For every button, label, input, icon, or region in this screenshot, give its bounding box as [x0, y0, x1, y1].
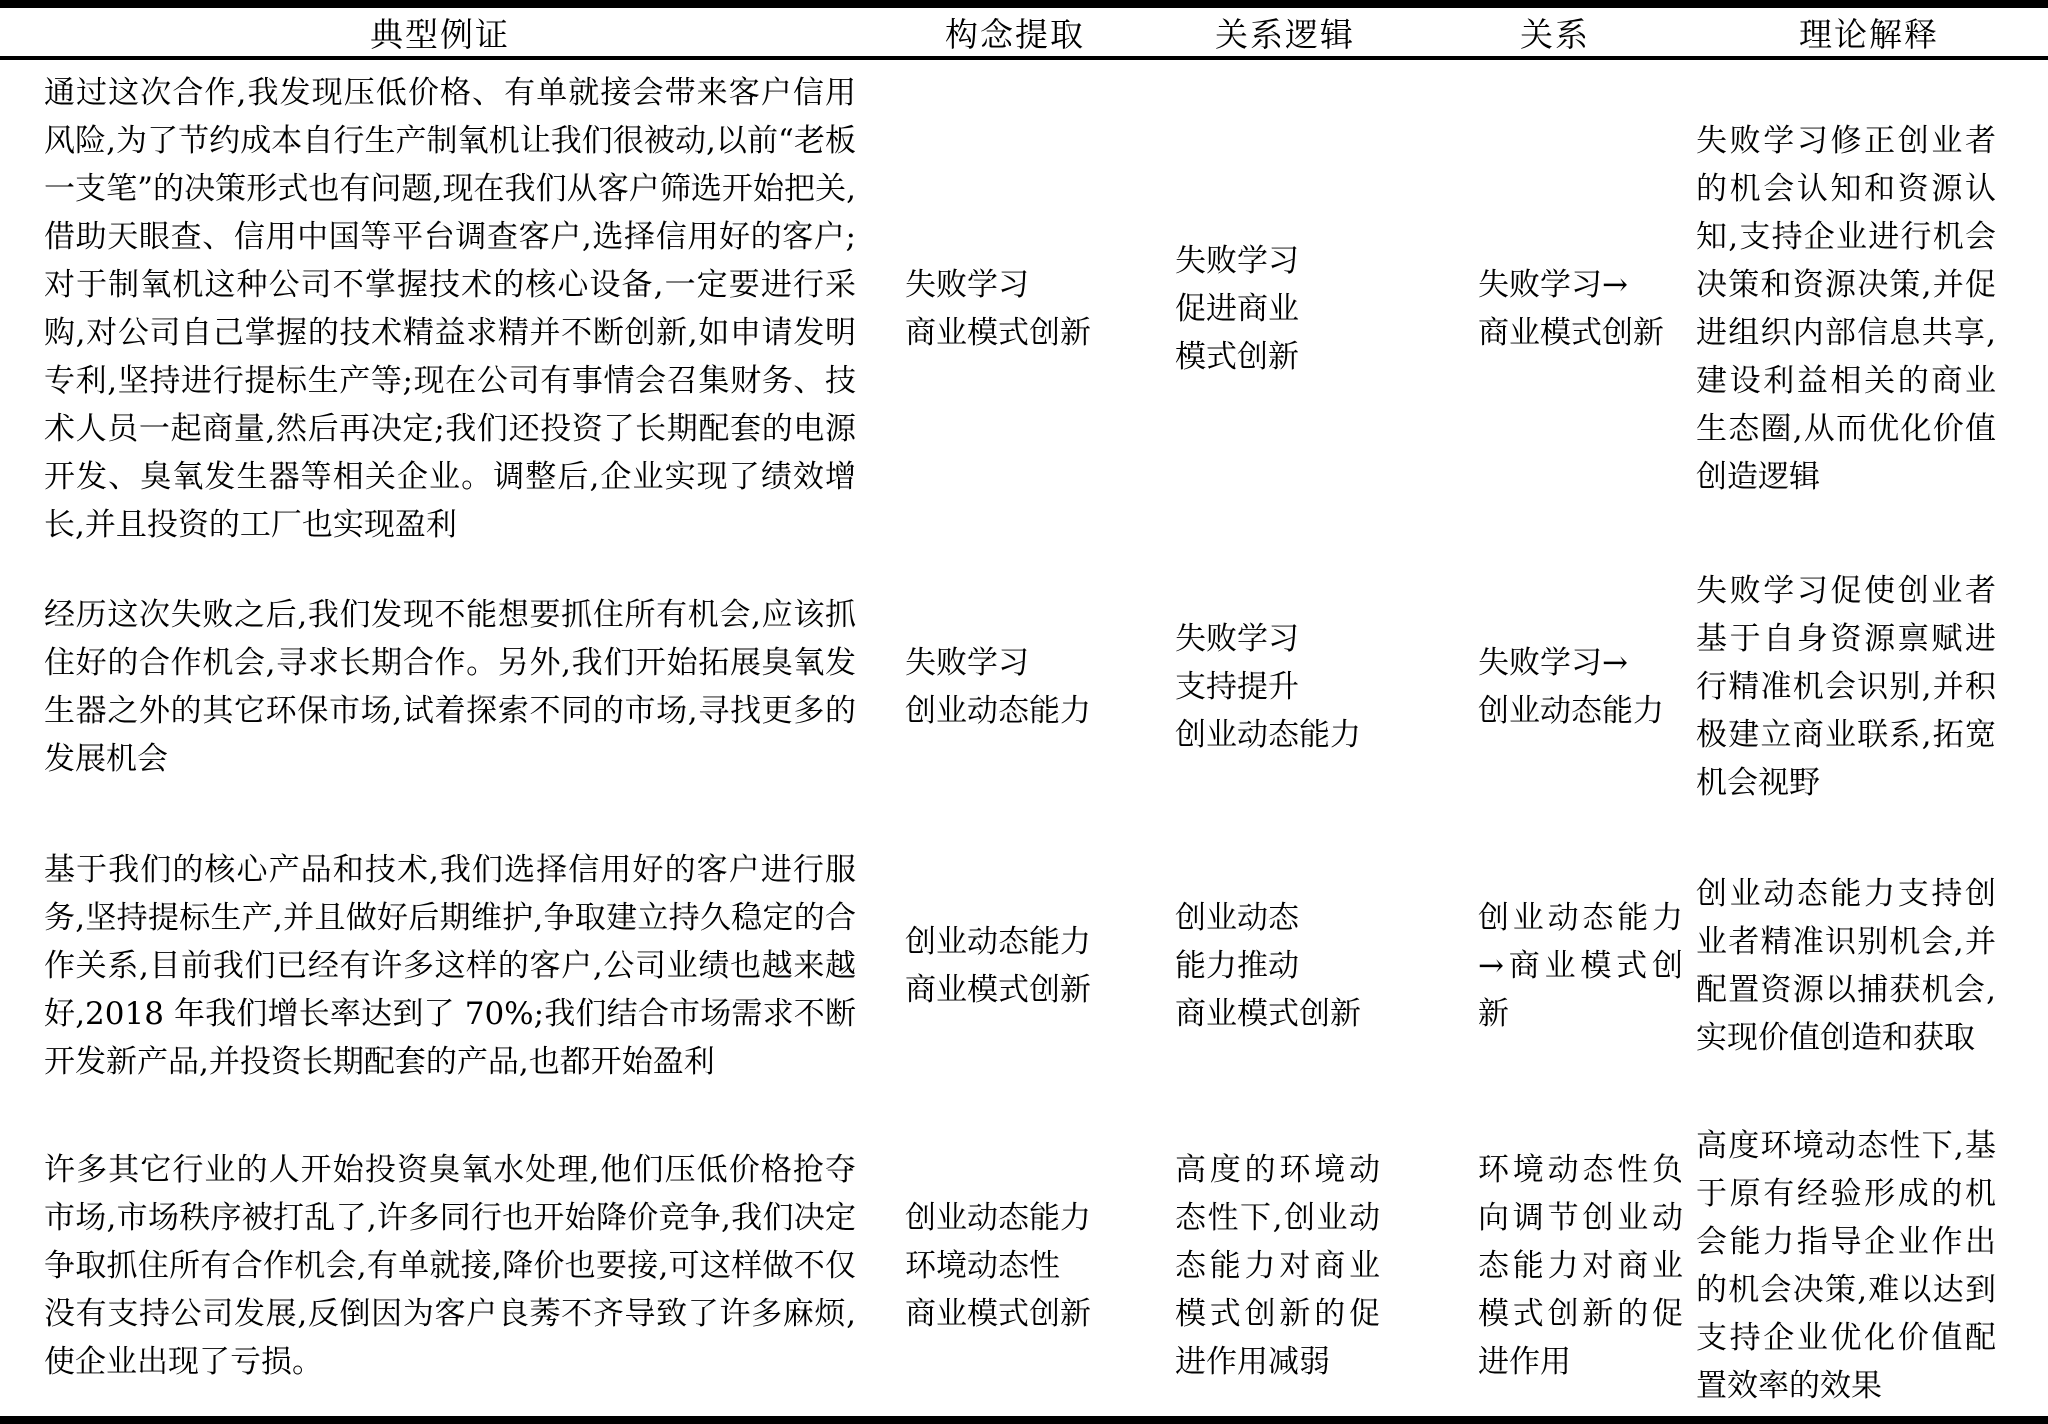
table-row: 经历这次失败之后,我们发现不能想要抓住所有机会,应该抓住好的合作机会,寻求长期合… [0, 558, 2048, 816]
cell-construct: 创业动态能力商业模式创新 [880, 816, 1150, 1116]
cell-line: 高度的环境动 [1175, 1146, 1380, 1194]
cell-logic: 高度的环境动态性下,创业动态能力对商业模式创新的促进作用减弱 [1150, 1116, 1420, 1420]
cell-line: 创业动态能力 [905, 687, 1130, 735]
cell-example: 许多其它行业的人开始投资臭氧水处理,他们压低价格抢夺市场,市场秩序被打乱了,许多… [0, 1116, 880, 1420]
cell-explanation: 高度环境动态性下,基于原有经验形成的机会能力指导企业作出的机会决策,难以达到支持… [1690, 1116, 2048, 1420]
cell-relation: 失败学习→商业模式创新 [1420, 58, 1690, 558]
cell-line: 能力推动 [1175, 942, 1380, 990]
column-header-theoretical-explanation: 理论解释 [1690, 4, 2048, 58]
cell-relation: 环境动态性负向调节创业动态能力对商业模式创新的促进作用 [1420, 1116, 1690, 1420]
explanation-text: 失败学习修正创业者的机会认知和资源认知,支持企业进行机会决策和资源决策,并促进组… [1696, 117, 1996, 501]
cell-explanation: 失败学习修正创业者的机会认知和资源认知,支持企业进行机会决策和资源决策,并促进组… [1690, 58, 2048, 558]
cell-line: 模式创新的促 [1175, 1290, 1380, 1338]
cell-line: 创业动态能力 [1175, 711, 1380, 759]
table-row: 基于我们的核心产品和技术,我们选择信用好的客户进行服务,坚持提标生产,并且做好后… [0, 816, 2048, 1116]
cell-logic: 失败学习支持提升创业动态能力 [1150, 558, 1420, 816]
cell-line: 创业动态能力 [1478, 687, 1683, 735]
cell-construct: 失败学习商业模式创新 [880, 58, 1150, 558]
cell-line: 商业模式创新 [1478, 309, 1683, 357]
cell-construct: 失败学习创业动态能力 [880, 558, 1150, 816]
cell-relation: 失败学习→创业动态能力 [1420, 558, 1690, 816]
cell-line: 商业模式创新 [905, 1290, 1130, 1338]
table-body: 通过这次合作,我发现压低价格、有单就接会带来客户信用风险,为了节约成本自行生产制… [0, 58, 2048, 1420]
cell-line: 支持提升 [1175, 663, 1380, 711]
column-header-construct-extraction: 构念提取 [880, 4, 1150, 58]
cell-line: 模式创新的促 [1478, 1290, 1683, 1338]
cell-line: 失败学习→ [1478, 639, 1683, 687]
cell-explanation: 创业动态能力支持创业者精准识别机会,并配置资源以捕获机会,实现价值创造和获取 [1690, 816, 2048, 1116]
cell-line: 进作用减弱 [1175, 1338, 1380, 1386]
cell-line: 失败学习 [905, 261, 1130, 309]
cell-line: 失败学习 [905, 639, 1130, 687]
example-text: 经历这次失败之后,我们发现不能想要抓住所有机会,应该抓住好的合作机会,寻求长期合… [44, 591, 856, 783]
cell-example: 通过这次合作,我发现压低价格、有单就接会带来客户信用风险,为了节约成本自行生产制… [0, 58, 880, 558]
cell-line: 商业模式创新 [905, 966, 1130, 1014]
cell-line: 失败学习 [1175, 237, 1380, 285]
cell-line: 创业动态能力 [1478, 894, 1683, 942]
cell-logic: 创业动态能力推动商业模式创新 [1150, 816, 1420, 1116]
cell-line: 态性下,创业动 [1175, 1194, 1380, 1242]
cell-line: 环境动态性 [905, 1242, 1130, 1290]
cell-line: 促进商业 [1175, 285, 1380, 333]
explanation-text: 失败学习促使创业者基于自身资源禀赋进行精准机会识别,并积极建立商业联系,拓宽机会… [1696, 567, 1996, 807]
cell-construct: 创业动态能力环境动态性商业模式创新 [880, 1116, 1150, 1420]
cell-line: 商业模式创新 [1175, 990, 1380, 1038]
explanation-text: 创业动态能力支持创业者精准识别机会,并配置资源以捕获机会,实现价值创造和获取 [1696, 870, 1996, 1062]
cell-line: 创业动态能力 [905, 918, 1130, 966]
explanation-text: 高度环境动态性下,基于原有经验形成的机会能力指导企业作出的机会决策,难以达到支持… [1696, 1122, 1996, 1410]
cell-line: 态能力对商业 [1175, 1242, 1380, 1290]
cell-line: 向调节创业动 [1478, 1194, 1683, 1242]
column-header-relation: 关系 [1420, 4, 1690, 58]
cell-line: 新 [1478, 990, 1683, 1038]
table-row: 通过这次合作,我发现压低价格、有单就接会带来客户信用风险,为了节约成本自行生产制… [0, 58, 2048, 558]
cell-line: 态能力对商业 [1478, 1242, 1683, 1290]
cell-line: 模式创新 [1175, 333, 1380, 381]
cell-relation: 创业动态能力→商业模式创新 [1420, 816, 1690, 1116]
cell-example: 基于我们的核心产品和技术,我们选择信用好的客户进行服务,坚持提标生产,并且做好后… [0, 816, 880, 1116]
cell-line: 进作用 [1478, 1338, 1683, 1386]
cell-line: 创业动态能力 [905, 1194, 1130, 1242]
column-header-relation-logic: 关系逻辑 [1150, 4, 1420, 58]
cell-line: 创业动态 [1175, 894, 1380, 942]
cell-line: 失败学习→ [1478, 261, 1683, 309]
example-text: 许多其它行业的人开始投资臭氧水处理,他们压低价格抢夺市场,市场秩序被打乱了,许多… [44, 1146, 856, 1386]
cell-line: →商业模式创 [1478, 942, 1683, 990]
example-text: 通过这次合作,我发现压低价格、有单就接会带来客户信用风险,为了节约成本自行生产制… [44, 69, 856, 549]
cell-line: 失败学习 [1175, 615, 1380, 663]
cell-line: 商业模式创新 [905, 309, 1130, 357]
cell-line: 环境动态性负 [1478, 1146, 1683, 1194]
table-row: 许多其它行业的人开始投资臭氧水处理,他们压低价格抢夺市场,市场秩序被打乱了,许多… [0, 1116, 2048, 1420]
table-header-row: 典型例证 构念提取 关系逻辑 关系 理论解释 [0, 4, 2048, 58]
column-header-typical-example: 典型例证 [0, 4, 880, 58]
cell-logic: 失败学习促进商业模式创新 [1150, 58, 1420, 558]
example-text: 基于我们的核心产品和技术,我们选择信用好的客户进行服务,坚持提标生产,并且做好后… [44, 846, 856, 1086]
case-evidence-table: 典型例证 构念提取 关系逻辑 关系 理论解释 通过这次合作,我发现压低价格、有单… [0, 0, 2048, 1424]
cell-explanation: 失败学习促使创业者基于自身资源禀赋进行精准机会识别,并积极建立商业联系,拓宽机会… [1690, 558, 2048, 816]
cell-example: 经历这次失败之后,我们发现不能想要抓住所有机会,应该抓住好的合作机会,寻求长期合… [0, 558, 880, 816]
